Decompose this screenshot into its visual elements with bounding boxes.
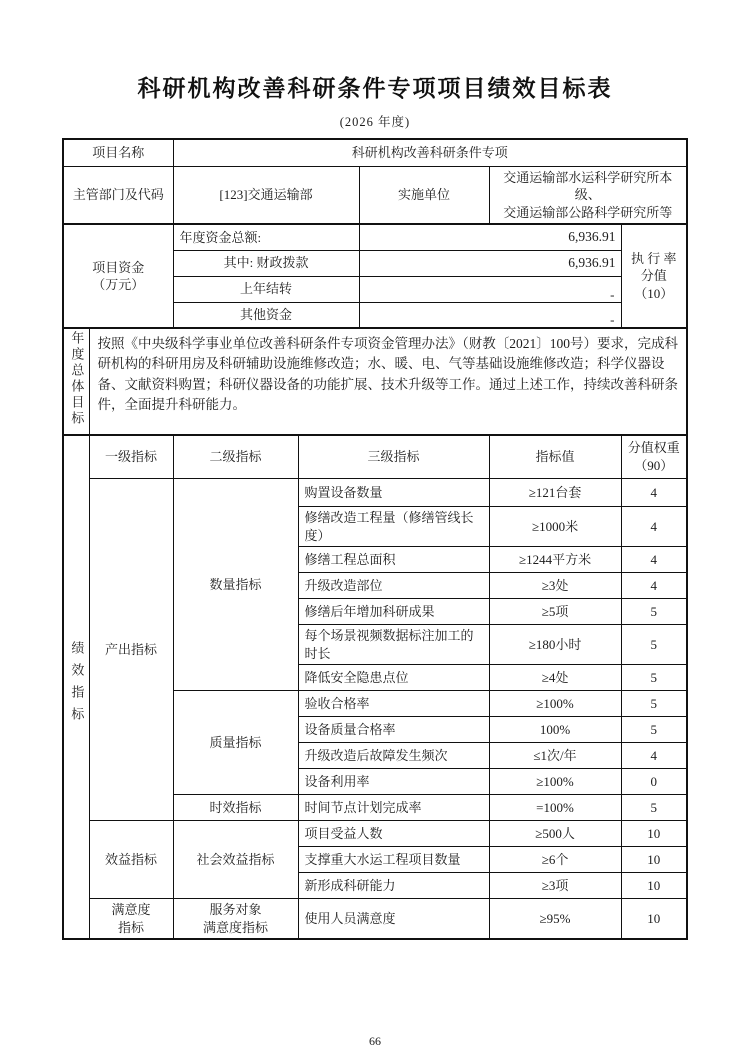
indicator-name: 时间节点计划完成率 [298,795,489,821]
indicator-name: 支撑重大水运工程项目数量 [298,847,489,873]
indicator-name: 设备利用率 [298,769,489,795]
funding-item-label: 其中: 财政拨款 [173,250,359,276]
indicators-left-label-text: 绩效指标 [69,641,83,729]
indicator-value: ≥5项 [489,599,621,625]
page-title: 科研机构改善科研条件专项项目绩效目标表 [0,0,750,103]
annual-goal-row: 年度总体目标 按照《中央级科学事业单位改善科研条件专项资金管理办法》（财教〔20… [63,328,687,435]
indicator-name: 项目受益人数 [298,821,489,847]
indicator-score: 4 [621,547,687,573]
funding-item-value: - [359,302,621,328]
project-name-row: 项目名称 科研机构改善科研条件专项 [63,139,687,166]
indicator-score: 4 [621,507,687,547]
indicator-value: ≥100% [489,769,621,795]
indicator-score: 5 [621,691,687,717]
indicators-left-label: 绩效指标 [63,435,89,940]
indicator-value: ≥3处 [489,573,621,599]
level2-service-cell: 服务对象 满意度指标 [173,899,298,940]
indicator-value: ≥95% [489,899,621,940]
indicator-value: 100% [489,717,621,743]
indicator-score: 10 [621,821,687,847]
project-name-label: 项目名称 [63,139,173,166]
indicator-value: =100% [489,795,621,821]
performance-target-table: 项目名称 科研机构改善科研条件专项 主管部门及代码 [123]交通运输部 实施单… [62,138,688,940]
funding-item-value: 6,936.91 [359,224,621,250]
indicator-name: 降低安全隐患点位 [298,665,489,691]
level2-quantity-cell: 数量指标 [173,479,298,691]
annual-goal-label: 年度总体目标 [63,328,89,435]
indicator-value: ≥121台套 [489,479,621,507]
page-number: 66 [0,1034,750,1049]
indicator-row: 产出指标 数量指标 购置设备数量 ≥121台套 4 [63,479,687,507]
indicator-name: 升级改造后故障发生频次 [298,743,489,769]
level2-timeliness-cell: 时效指标 [173,795,298,821]
header-level3: 三级指标 [298,435,489,479]
level1-benefit-cell: 效益指标 [89,821,173,899]
funding-row: 项目资金 （万元） 年度资金总额: 6,936.91 执 行 率 分值（10） [63,224,687,250]
indicator-name: 修缮后年增加科研成果 [298,599,489,625]
indicator-name: 设备质量合格率 [298,717,489,743]
header-value: 指标值 [489,435,621,479]
header-weight: 分值权重 （90） [621,435,687,479]
impl-unit-label: 实施单位 [359,166,489,224]
indicator-score: 5 [621,625,687,665]
indicator-score: 5 [621,795,687,821]
indicator-value: ≥6个 [489,847,621,873]
indicator-name: 购置设备数量 [298,479,489,507]
annual-goal-text: 按照《中央级科学事业单位改善科研条件专项资金管理办法》（财教〔2021〕100号… [89,328,687,435]
header-level2: 二级指标 [173,435,298,479]
indicator-score: 4 [621,573,687,599]
indicator-value: ≥500人 [489,821,621,847]
indicator-score: 5 [621,599,687,625]
indicator-value: ≤1次/年 [489,743,621,769]
project-name-value: 科研机构改善科研条件专项 [173,139,687,166]
indicator-value: ≥4处 [489,665,621,691]
indicator-name: 使用人员满意度 [298,899,489,940]
funding-label: 项目资金 （万元） [63,224,173,328]
indicator-score: 5 [621,665,687,691]
indicator-score: 0 [621,769,687,795]
indicator-value: ≥1000米 [489,507,621,547]
level1-satisfaction-cell: 满意度 指标 [89,899,173,940]
indicator-score: 10 [621,847,687,873]
funding-item-label: 其他资金 [173,302,359,328]
indicator-score: 5 [621,717,687,743]
funding-item-label: 上年结转 [173,276,359,302]
indicator-value: ≥100% [489,691,621,717]
funding-item-value: 6,936.91 [359,250,621,276]
header-level1: 一级指标 [89,435,173,479]
indicator-name: 升级改造部位 [298,573,489,599]
level1-output-cell: 产出指标 [89,479,173,821]
dept-code-label: 主管部门及代码 [63,166,173,224]
indicator-score: 10 [621,873,687,899]
indicator-name: 修缮改造工程量（修缮管线长度） [298,507,489,547]
funding-item-label: 年度资金总额: [173,224,359,250]
level2-quality-cell: 质量指标 [173,691,298,795]
indicator-row: 满意度 指标 服务对象 满意度指标 使用人员满意度 ≥95% 10 [63,899,687,940]
page-subtitle: (2026 年度) [0,112,750,130]
dept-code-value: [123]交通运输部 [173,166,359,224]
indicator-name: 每个场景视频数据标注加工的时长 [298,625,489,665]
indicator-header-row: 绩效指标 一级指标 二级指标 三级指标 指标值 分值权重 （90） [63,435,687,479]
indicator-name: 修缮工程总面积 [298,547,489,573]
indicator-score: 10 [621,899,687,940]
impl-unit-value: 交通运输部水运科学研究所本级、 交通运输部公路科学研究所等 [489,166,687,224]
indicator-name: 新形成科研能力 [298,873,489,899]
indicator-row: 效益指标 社会效益指标 项目受益人数 ≥500人 10 [63,821,687,847]
indicator-score: 4 [621,743,687,769]
indicator-value: ≥3项 [489,873,621,899]
indicator-name: 验收合格率 [298,691,489,717]
document-page: 科研机构改善科研条件专项项目绩效目标表 (2026 年度) 项目名称 科研机构改… [0,0,750,1060]
indicator-value: ≥1244平方米 [489,547,621,573]
level2-social-cell: 社会效益指标 [173,821,298,899]
indicator-value: ≥180小时 [489,625,621,665]
annual-goal-label-text: 年度总体目标 [69,331,83,427]
execution-rate-cell: 执 行 率 分值（10） [621,224,687,328]
indicator-score: 4 [621,479,687,507]
funding-item-value: - [359,276,621,302]
department-row: 主管部门及代码 [123]交通运输部 实施单位 交通运输部水运科学研究所本级、 … [63,166,687,224]
